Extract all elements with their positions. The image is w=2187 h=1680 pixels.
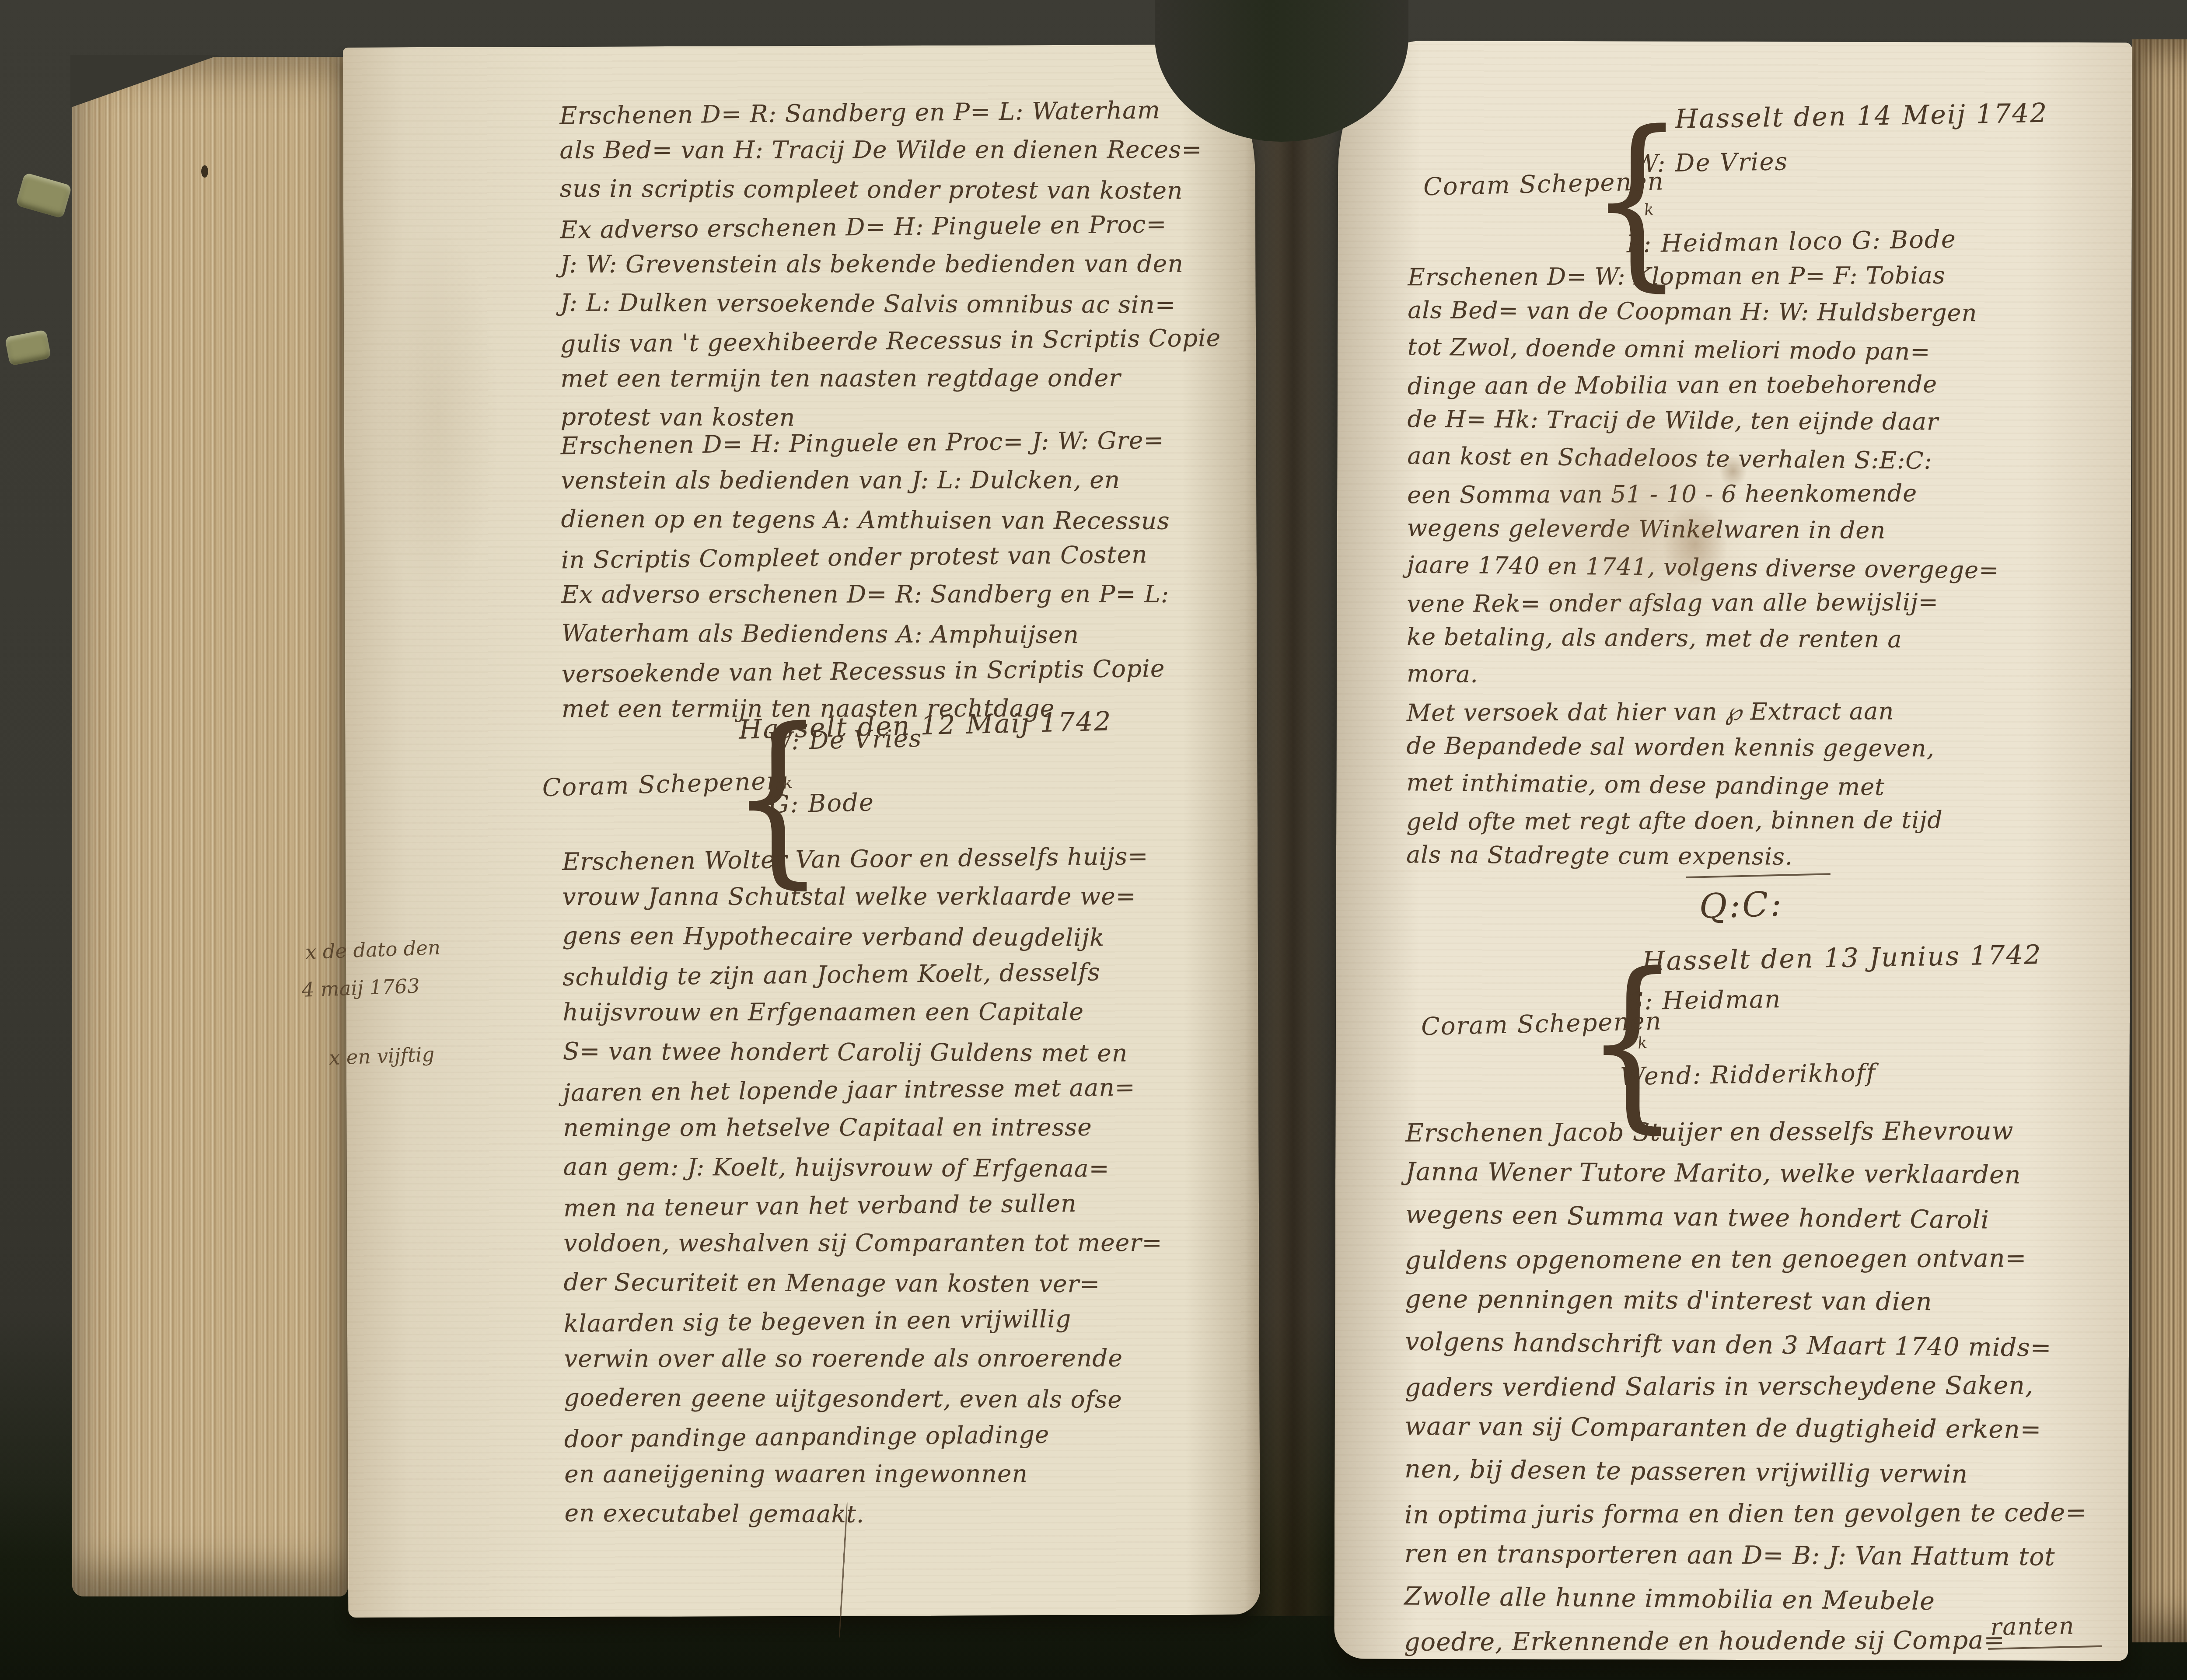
manuscript-line: de Bepandede sal worden kennis gegeven, [1406, 727, 1998, 767]
manuscript-line: vene Rek= onder afslag van alle bewijsli… [1407, 583, 1999, 622]
manuscript-line: dinge aan de Mobilia van en toebehorende [1408, 366, 2000, 404]
left-page-edge-stack [72, 57, 348, 1596]
coram-schepenen-label: Coram Schepenen [1423, 167, 1664, 201]
manuscript-line: met een termijn ten naasten regtdage ond… [560, 359, 1221, 398]
alderman-name: W: De Vries [767, 724, 922, 756]
brace-mark: { [1585, 949, 1680, 1135]
manuscript-line: jaaren en het lopende jaar intresse met … [563, 1068, 1162, 1112]
manuscript-line: men na teneur van het verband te sullen [563, 1183, 1163, 1227]
abbreviation-mark: k [1637, 1034, 1648, 1052]
manuscript-photo: Erschenen D= R: Sandberg en P= L: Waterh… [0, 0, 2187, 1680]
manuscript-line: huijsvrouw en Erfgenaamen een Capitale [562, 992, 1161, 1031]
manuscript-line: in Scriptis Compleet onder protest van C… [561, 535, 1170, 579]
manuscript-line: wegens geleverde Winkelwaren in den [1407, 510, 1999, 549]
manuscript-line: Waterham als Bediendens A: Amphuijsen [561, 614, 1170, 654]
manuscript-line: mora. [1407, 655, 1999, 697]
manuscript-line: vrouw Janna Schutstal welke verklaarde w… [562, 877, 1161, 916]
margin-note: x en vijftig [328, 1043, 435, 1069]
entry-van-goor-verwin: Erschenen Wolter Van Goor en desselfs hu… [562, 838, 1163, 1533]
manuscript-line: verwin over alle so roerende als onroere… [564, 1339, 1163, 1378]
manuscript-line: door pandinge aanpandinge opladinge [564, 1414, 1163, 1458]
manuscript-line: versoekende van het Recessus in Scriptis… [561, 650, 1170, 693]
manuscript-line: als Bed= van H: Tracij De Wilde en diene… [560, 131, 1220, 169]
manuscript-line: Erschenen D= W: Klopman en P= F: Tobias [1408, 257, 2000, 295]
entry-pandinge-klopman: Erschenen D= W: Klopman en P= F: Tobiasa… [1406, 257, 2000, 876]
manuscript-line: en executabel gemaakt. [564, 1494, 1163, 1534]
manuscript-line: Erschenen Jacob Stuijer en desselfs Ehev… [1405, 1110, 2088, 1154]
manuscript-line: J: W: Grevenstein als bekende bedienden … [560, 245, 1220, 283]
manuscript-line: klaarden sig te begeven in een vrijwilli… [564, 1299, 1163, 1343]
manuscript-line: de H= Hk: Tracij de Wilde, ten eijnde da… [1407, 401, 1999, 440]
manuscript-line: schuldig te zijn aan Jochem Koelt, desse… [562, 952, 1162, 996]
manuscript-line: Erschenen Wolter Van Goor en desselfs hu… [562, 837, 1161, 881]
manuscript-line: der Securiteit en Menage van kosten ver= [563, 1263, 1163, 1303]
right-page-edge-stack [2132, 39, 2187, 1642]
entry-stuijer-transport: Erschenen Jacob Stuijer en desselfs Ehev… [1404, 1110, 2088, 1663]
dateline-13-junius-1742: Hasselt den 13 Junius 1742 [1642, 940, 2042, 977]
manuscript-line: en aaneijgening waaren ingewonnen [564, 1454, 1163, 1493]
manuscript-line: venstein als bedienden van J: L: Dulcken… [561, 461, 1170, 499]
manuscript-line: sus in scriptis compleet onder protest v… [560, 170, 1220, 210]
alderman-name: S: Heidman [1627, 985, 1782, 1016]
manuscript-line: gaders verdiend Salaris in verscheydene … [1405, 1364, 2087, 1409]
manuscript-line: J: L: Dulken versoekende Salvis omnibus … [560, 284, 1221, 324]
manuscript-line: wegens een Summa van twee hondert Caroli [1405, 1194, 2088, 1243]
alderman-name: P: Heidman loco G: Bode [1626, 225, 1956, 258]
manuscript-line: Met versoek dat hier van ℘ Extract aan [1407, 692, 1999, 731]
manuscript-line: Zwolle alle hunne immobilia en Meubele [1404, 1575, 2087, 1624]
entry-recess-pinguele: Erschenen D= H: Pinguele en Proc= J: W: … [561, 423, 1170, 730]
manuscript-line: in optima juris forma en dien ten gevolg… [1404, 1491, 2087, 1536]
manuscript-line: als na Stadregte cum expensis. [1406, 836, 1998, 876]
manuscript-line: neminge om hetselve Capitaal en intresse [563, 1108, 1162, 1147]
manuscript-line: ke betaling, als anders, met de renten a [1407, 618, 1999, 658]
right-page: Hasselt den 14 Meij 1742 { Coram Schepen… [1334, 41, 2132, 1661]
margin-note: x de dato den [305, 936, 441, 964]
manuscript-line: als Bed= van de Coopman H: W: Huldsberge… [1408, 292, 2000, 331]
book-gutter-shadow [1244, 42, 1338, 1616]
manuscript-line: goedre, Erkennende en houdende sij Compa… [1404, 1619, 2086, 1663]
manuscript-line: gulis van 't geexhibeerde Recessus in Sc… [560, 319, 1221, 363]
manuscript-line: S= van twee hondert Carolij Guldens met … [563, 1032, 1162, 1072]
left-page: Erschenen D= R: Sandberg en P= L: Waterh… [343, 44, 1261, 1617]
manuscript-line: Ex adverso erschenen D= H: Pinguele en P… [560, 205, 1221, 249]
manuscript-line: jaare 1740 en 1741, volgens diverse over… [1407, 546, 1999, 588]
manuscript-line: goederen geene uijtgesondert, even als o… [564, 1378, 1163, 1419]
margin-note: 4 maij 1763 [301, 974, 420, 1001]
manuscript-line: gene penningen mits d'interest van dien [1405, 1278, 2087, 1324]
manuscript-line: aan gem: J: Koelt, huijsvrouw of Erfgena… [563, 1147, 1163, 1188]
manuscript-line: een Somma van 51 - 10 - 6 heenkomende [1407, 475, 1999, 513]
manuscript-line: voldoen, weshalven sij Comparanten tot m… [563, 1223, 1162, 1262]
catchword: ranten [1990, 1612, 2075, 1641]
manuscript-line: waar van sij Comparanten de dugtigheid e… [1404, 1405, 2087, 1451]
manuscript-line: gens een Hypothecaire verband deugdelijk [562, 916, 1162, 957]
manuscript-line: Erschenen D= H: Pinguele en Proc= J: W: … [561, 421, 1170, 465]
section-mark-qc: Q:C: [1698, 884, 1784, 926]
entry-recess-sandberg: Erschenen D= R: Sandberg en P= L: Waterh… [559, 93, 1221, 437]
manuscript-line: Erschenen D= R: Sandberg en P= L: Waterh… [559, 91, 1220, 135]
manuscript-line: volgens handschrift van den 3 Maart 1740… [1405, 1321, 2088, 1370]
dateline-14-meij-1742: Hasselt den 14 Meij 1742 [1675, 98, 2048, 135]
manuscript-line: Janna Wener Tutore Marito, welke verklaa… [1405, 1151, 2088, 1197]
manuscript-line: geld ofte met regt afte doen, binnen de … [1406, 801, 1998, 840]
alderman-name: G: Bode [769, 788, 875, 819]
manuscript-line: guldens opgenomene en ten genoegen ontva… [1405, 1237, 2087, 1282]
manuscript-line: tot Zwol, doende omni meliori modo pan= [1408, 328, 2000, 370]
manuscript-line: aan kost en Schadeloos te verhalen S:E:C… [1407, 437, 2000, 479]
manuscript-line: ren en transporteren aan D= B: J: Van Ha… [1404, 1533, 2087, 1579]
alderman-name: Wend: Ridderikhoff [1620, 1059, 1876, 1091]
manuscript-line: met inthimatie, om dese pandinge met [1406, 764, 1999, 806]
manuscript-line: Ex adverso erschenen D= R: Sandberg en P… [561, 575, 1170, 614]
abbreviation-mark: k [1643, 200, 1655, 219]
edge-speck [201, 165, 208, 178]
manuscript-line: dienen op en tegens A: Amthuisen van Rec… [561, 500, 1170, 540]
manuscript-line: nen, bij desen te passeren vrijwillig ve… [1404, 1448, 2087, 1497]
coram-schepenen-label: Coram Schepenen [1421, 1007, 1662, 1041]
alderman-name: W: De Vries [1633, 147, 1789, 178]
